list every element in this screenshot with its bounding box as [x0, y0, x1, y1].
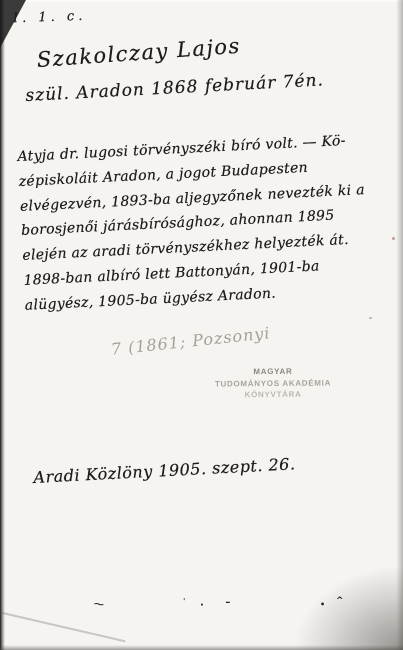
ink-smudge: ^ — [336, 596, 344, 606]
paper-crease — [0, 610, 126, 642]
library-stamp: MAGYAR TUDOMÁNYOS AKADÉMIA KÖNYVTÁRA — [206, 365, 340, 401]
person-name: Szakolczay Lajos — [36, 34, 242, 72]
biography-paragraph: Atyja dr. lugosi törvényszéki bíró volt.… — [17, 127, 403, 319]
ink-smudge: ~ — [92, 599, 105, 611]
corner-classification-mark: I. 1. c. — [13, 9, 87, 27]
scan-edge-left — [0, 0, 5, 650]
scan-edge-top — [0, 0, 403, 3]
birth-date-line: szül. Aradon 1868 február 7én. — [25, 70, 324, 106]
ink-smudge: · — [200, 600, 204, 611]
library-stamp-line3: KÖNYVTÁRA — [206, 388, 340, 401]
pencil-annotation: 7 (1861; Pozsonyi — [110, 323, 271, 359]
scanned-index-card: I. 1. c. Szakolczay Lajos szül. Aradon 1… — [0, 0, 403, 650]
ink-speck — [369, 317, 372, 319]
source-citation: Aradi Közlöny 1905. szept. 26. — [33, 454, 296, 487]
ink-smudge: • — [320, 600, 325, 609]
scan-corner-shadow — [293, 565, 403, 650]
ink-smudge: - — [225, 598, 230, 608]
scan-edge-right — [396, 0, 403, 650]
ink-smudge: ' — [183, 597, 185, 606]
